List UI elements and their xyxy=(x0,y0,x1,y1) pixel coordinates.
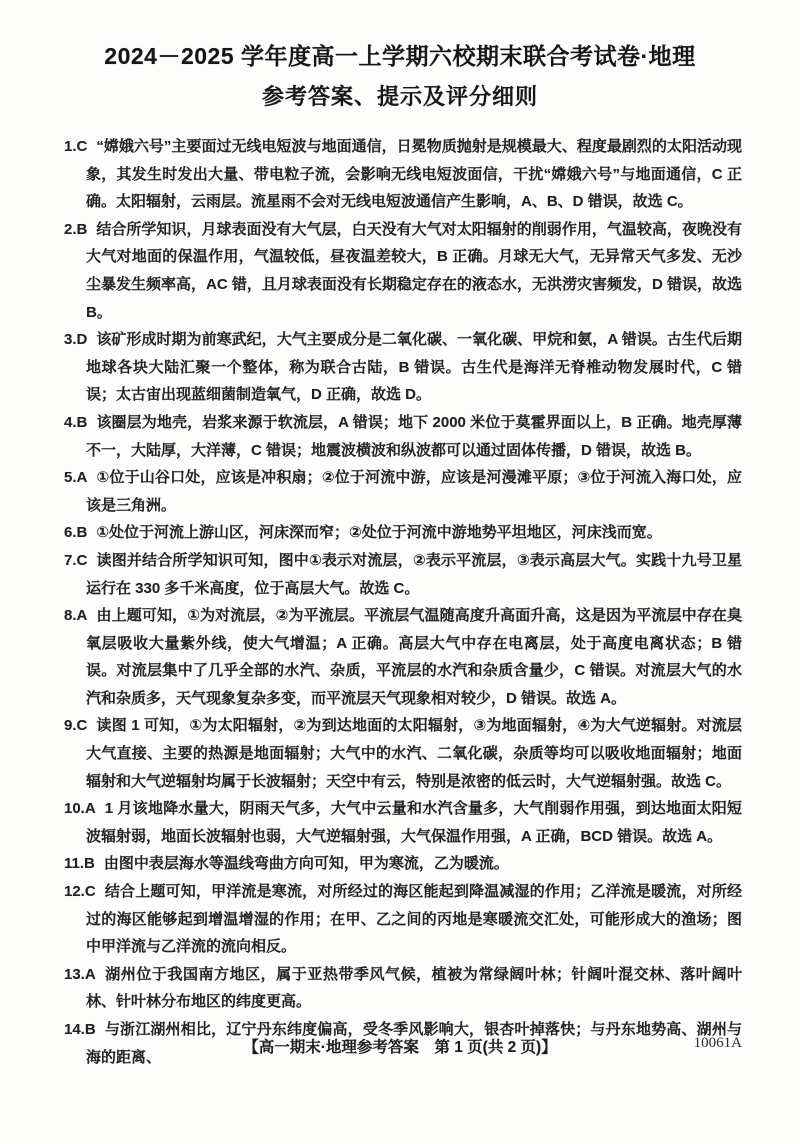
answer-text: “嫦娥六号”主要面过无线电短波与地面通信，日冕物质抛射是规模最大、程度最剧烈的太… xyxy=(86,138,742,210)
answer-label: 13.A xyxy=(64,966,96,983)
answer-item-8: 8.A由上题可知，①为对流层，②为平流层。平流层气温随高度升高面升高，这是因为平… xyxy=(64,602,742,712)
footer-paper-code: 10061A xyxy=(694,1035,742,1052)
answer-label: 8.A xyxy=(64,607,87,624)
answer-text: 结合所学知识，月球表面没有大气层，白天没有大气对太阳辐射的削弱作用，气温较高，夜… xyxy=(86,221,742,321)
answer-item-9: 9.C读图 1 可知，①为太阳辐射，②为到达地面的太阳辐射，③为地面辐射，④为大… xyxy=(64,712,742,795)
footer-page-info: 【高一期末·地理参考答案 第 1 页(共 2 页)】 xyxy=(0,1035,800,1057)
answer-item-2: 2.B结合所学知识，月球表面没有大气层，白天没有大气对太阳辐射的削弱作用，气温较… xyxy=(64,216,742,326)
answer-label: 4.B xyxy=(64,414,87,431)
answer-item-11: 11.B由图中表层海水等温线弯曲方向可知，甲为寒流，乙为暖流。 xyxy=(64,850,742,878)
answer-item-6: 6.B①处位于河流上游山区，河床深而窄；②处位于河流中游地势平坦地区，河床浅而宽… xyxy=(64,519,742,547)
answer-label: 6.B xyxy=(64,524,87,541)
answer-label: 12.C xyxy=(64,883,96,900)
answer-text: 读图并结合所学知识可知，图中①表示对流层，②表示平流层，③表示高层大气。实践十九… xyxy=(86,552,742,597)
answer-list: 1.C“嫦娥六号”主要面过无线电短波与地面通信，日冕物质抛射是规模最大、程度最剧… xyxy=(64,133,742,1071)
page-footer: 【高一期末·地理参考答案 第 1 页(共 2 页)】 10061A xyxy=(0,1035,800,1059)
answer-text: 该矿形成时期为前寒武纪，大气主要成分是二氧化碳、一氧化碳、甲烷和氨，A 错误。古… xyxy=(86,331,742,403)
answer-key-subtitle: 参考答案、提示及评分细则 xyxy=(0,80,800,111)
answer-label: 11.B xyxy=(64,855,95,872)
answer-text: 由上题可知，①为对流层，②为平流层。平流层气温随高度升高面升高，这是因为平流层中… xyxy=(86,607,742,707)
answer-text: 湖州位于我国南方地区，属于亚热带季风气候，植被为常绿阔叶林；针阔叶混交林、落叶阔… xyxy=(86,966,742,1011)
scanned-answer-sheet-page: 2024－2025 学年度高一上学期六校期末联合考试卷·地理 参考答案、提示及评… xyxy=(0,0,800,1144)
answer-text: 该圈层为地壳，岩浆来源于软流层，A 错误；地下 2000 米位于莫霍界面以上，B… xyxy=(86,414,742,459)
answer-label: 7.C xyxy=(64,552,87,569)
answer-text: 由图中表层海水等温线弯曲方向可知，甲为寒流，乙为暖流。 xyxy=(104,855,509,872)
answer-text: ①位于山谷口处，应该是冲积扇；②位于河流中游，应该是河漫滩平原；③位于河流入海口… xyxy=(86,469,742,514)
answer-item-3: 3.D该矿形成时期为前寒武纪，大气主要成分是二氧化碳、一氧化碳、甲烷和氨，A 错… xyxy=(64,326,742,409)
answer-item-7: 7.C读图并结合所学知识可知，图中①表示对流层，②表示平流层，③表示高层大气。实… xyxy=(64,547,742,602)
answer-label: 3.D xyxy=(64,331,87,348)
answer-label: 5.A xyxy=(64,469,87,486)
answer-item-1: 1.C“嫦娥六号”主要面过无线电短波与地面通信，日冕物质抛射是规模最大、程度最剧… xyxy=(64,133,742,216)
exam-title: 2024－2025 学年度高一上学期六校期末联合考试卷·地理 xyxy=(0,38,800,71)
answer-label: 2.B xyxy=(64,221,87,238)
answer-text: ①处位于河流上游山区，河床深而窄；②处位于河流中游地势平坦地区，河床浅而宽。 xyxy=(96,524,661,541)
answer-item-12: 12.C结合上题可知，甲洋流是寒流，对所经过的海区能起到降温减湿的作用；乙洋流是… xyxy=(64,878,742,961)
answer-item-10: 10.A1 月该地降水量大，阴雨天气多，大气中云量和水汽含量多，大气削弱作用强，… xyxy=(64,795,742,850)
answer-text: 结合上题可知，甲洋流是寒流，对所经过的海区能起到降温减湿的作用；乙洋流是暖流，对… xyxy=(86,883,742,955)
title-block: 2024－2025 学年度高一上学期六校期末联合考试卷·地理 参考答案、提示及评… xyxy=(0,0,800,111)
answer-label: 1.C xyxy=(64,138,87,155)
answer-text: 1 月该地降水量大，阴雨天气多，大气中云量和水汽含量多，大气削弱作用强，到达地面… xyxy=(86,800,742,845)
answer-item-13: 13.A湖州位于我国南方地区，属于亚热带季风气候，植被为常绿阔叶林；针阔叶混交林… xyxy=(64,961,742,1016)
answer-label: 9.C xyxy=(64,717,87,734)
answer-item-5: 5.A①位于山谷口处，应该是冲积扇；②位于河流中游，应该是河漫滩平原；③位于河流… xyxy=(64,464,742,519)
answer-label: 10.A xyxy=(64,800,96,817)
answer-text: 读图 1 可知，①为太阳辐射，②为到达地面的太阳辐射，③为地面辐射，④为大气逆辐… xyxy=(86,717,742,789)
answer-item-4: 4.B该圈层为地壳，岩浆来源于软流层，A 错误；地下 2000 米位于莫霍界面以… xyxy=(64,409,742,464)
